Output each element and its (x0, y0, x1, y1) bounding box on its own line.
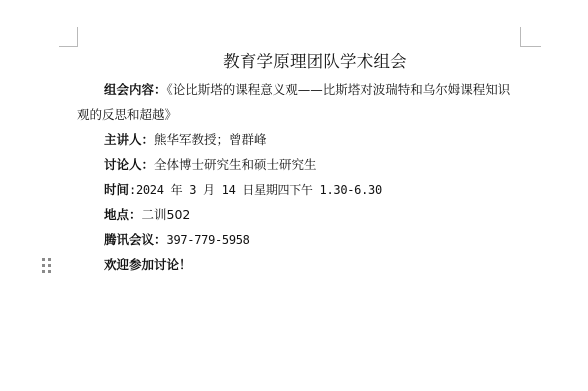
meeting-content-label: 组会内容： (104, 82, 167, 97)
tencent-meeting-label: 腾讯会议： (104, 232, 167, 247)
margin-mark-horizontal (59, 46, 78, 47)
margin-mark-vertical (77, 27, 78, 47)
top-right-margin-mark (520, 27, 541, 47)
tencent-meeting-id: 397-779-5958 (167, 233, 250, 247)
meeting-content-continuation: 观的反思和超越》 (77, 107, 177, 122)
time-label: 时间 (104, 182, 129, 197)
paragraph-tencent-meeting[interactable]: 腾讯会议：397-779-5958 (104, 232, 250, 248)
paragraph-welcome[interactable]: 欢迎参加讨论！ (104, 257, 192, 273)
document-title: 教育学原理团队学术组会 (0, 51, 588, 73)
margin-mark-horizontal (520, 46, 541, 47)
paragraph-speaker[interactable]: 主讲人：熊华军教授；曾群峰 (104, 132, 267, 148)
location-label: 地点： (104, 207, 142, 222)
speaker-label: 主讲人： (104, 132, 154, 147)
margin-mark-vertical (520, 27, 521, 47)
time-value: :2024 年 3 月 14 日星期四下午 1.30-6.30 (129, 183, 382, 197)
meeting-content-value: 《论比斯塔的课程意义观——比斯塔对波瑞特和乌尔姆课程知识 (167, 82, 511, 97)
paragraph-meeting-content[interactable]: 组会内容：《论比斯塔的课程意义观——比斯塔对波瑞特和乌尔姆课程知识 (104, 82, 510, 98)
paragraph-time[interactable]: 时间:2024 年 3 月 14 日星期四下午 1.30-6.30 (104, 182, 382, 198)
paragraph-discussants[interactable]: 讨论人：全体博士研究生和硕士研究生 (104, 157, 317, 173)
speaker-value: 熊华军教授；曾群峰 (154, 132, 267, 147)
location-value: 二训502 (142, 207, 191, 222)
paragraph-location[interactable]: 地点：二训502 (104, 207, 190, 223)
drag-handle-icon[interactable] (41, 257, 53, 274)
paragraph-meeting-content-continuation[interactable]: 观的反思和超越》 (77, 107, 177, 123)
welcome-text: 欢迎参加讨论！ (104, 257, 192, 272)
discussants-value: 全体博士研究生和硕士研究生 (154, 157, 317, 172)
discussants-label: 讨论人： (104, 157, 154, 172)
top-left-margin-mark (59, 27, 78, 47)
